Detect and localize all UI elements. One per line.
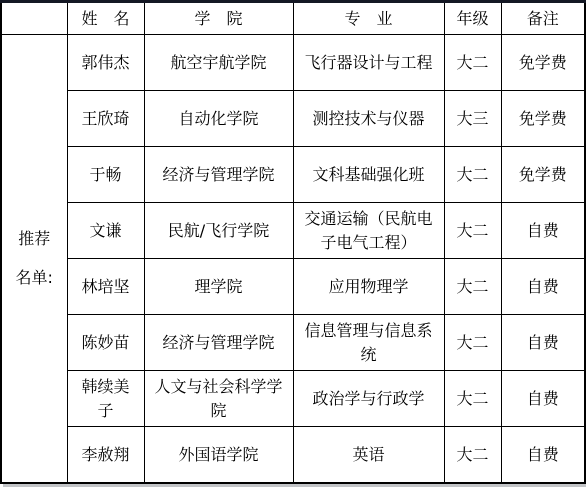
table-row: 李赦翔 外国语学院 英语 大二 自费 xyxy=(1,427,585,483)
header-cell-name: 姓 名 xyxy=(67,2,144,35)
major-cell: 飞行器设计与工程 xyxy=(293,35,444,91)
college-cell: 民航/飞行学院 xyxy=(144,203,293,259)
major-cell: 信息管理与信息系统 xyxy=(293,315,444,371)
grade-cell: 大二 xyxy=(444,427,501,483)
grade-cell: 大二 xyxy=(444,147,501,203)
note-cell: 免学费 xyxy=(501,91,585,147)
major-cell: 文科基础强化班 xyxy=(293,147,444,203)
table-row: 于畅 经济与管理学院 文科基础强化班 大二 免学费 xyxy=(1,147,585,203)
header-row: 姓 名 学 院 专 业 年级 备注 xyxy=(1,2,585,35)
note-cell: 自费 xyxy=(501,427,585,483)
note-cell: 自费 xyxy=(501,371,585,427)
grade-cell: 大二 xyxy=(444,203,501,259)
table-row: 王欣琦 自动化学院 测控技术与仪器 大三 免学费 xyxy=(1,91,585,147)
note-cell: 自费 xyxy=(501,315,585,371)
header-cell-note: 备注 xyxy=(501,2,585,35)
college-cell: 理学院 xyxy=(144,259,293,315)
college-cell: 航空宇航学院 xyxy=(144,35,293,91)
grade-cell: 大二 xyxy=(444,35,501,91)
name-cell: 郭伟杰 xyxy=(67,35,144,91)
name-cell: 文谦 xyxy=(67,203,144,259)
grade-cell: 大二 xyxy=(444,315,501,371)
major-cell: 政治学与行政学 xyxy=(293,371,444,427)
table-row: 推荐 名单: 郭伟杰 航空宇航学院 飞行器设计与工程 大二 免学费 xyxy=(1,35,585,91)
table-row: 陈妙苗 经济与管理学院 信息管理与信息系统 大二 自费 xyxy=(1,315,585,371)
recommendation-table: 姓 名 学 院 专 业 年级 备注 推荐 名单: 郭伟杰 航空宇航学院 飞行器设… xyxy=(0,0,586,484)
college-cell: 自动化学院 xyxy=(144,91,293,147)
college-cell: 外国语学院 xyxy=(144,427,293,483)
row-group-label: 推荐 名单: xyxy=(1,35,67,483)
major-cell: 应用物理学 xyxy=(293,259,444,315)
college-cell: 经济与管理学院 xyxy=(144,147,293,203)
header-cell-empty xyxy=(1,2,67,35)
name-cell: 王欣琦 xyxy=(67,91,144,147)
name-cell: 李赦翔 xyxy=(67,427,144,483)
grade-cell: 大三 xyxy=(444,91,501,147)
college-cell: 经济与管理学院 xyxy=(144,315,293,371)
table-row: 林培坚 理学院 应用物理学 大二 自费 xyxy=(1,259,585,315)
header-cell-major: 专 业 xyxy=(293,2,444,35)
document-page: 姓 名 学 院 专 业 年级 备注 推荐 名单: 郭伟杰 航空宇航学院 飞行器设… xyxy=(0,0,586,487)
table-row: 文谦 民航/飞行学院 交通运输（民航电子电气工程） 大二 自费 xyxy=(1,203,585,259)
table-row: 韩续美子 人文与社会科学学院 政治学与行政学 大二 自费 xyxy=(1,371,585,427)
name-cell: 于畅 xyxy=(67,147,144,203)
name-cell: 韩续美子 xyxy=(67,371,144,427)
name-cell: 林培坚 xyxy=(67,259,144,315)
college-cell: 人文与社会科学学院 xyxy=(144,371,293,427)
grade-cell: 大二 xyxy=(444,259,501,315)
note-cell: 自费 xyxy=(501,203,585,259)
note-cell: 免学费 xyxy=(501,35,585,91)
major-cell: 测控技术与仪器 xyxy=(293,91,444,147)
grade-cell: 大二 xyxy=(444,371,501,427)
row-label-line1: 推荐 xyxy=(10,227,59,250)
major-cell: 英语 xyxy=(293,427,444,483)
major-cell: 交通运输（民航电子电气工程） xyxy=(293,203,444,259)
name-cell: 陈妙苗 xyxy=(67,315,144,371)
header-cell-grade: 年级 xyxy=(444,2,501,35)
header-cell-college: 学 院 xyxy=(144,2,293,35)
row-label-line2: 名单: xyxy=(10,266,59,289)
note-cell: 免学费 xyxy=(501,147,585,203)
note-cell: 自费 xyxy=(501,259,585,315)
